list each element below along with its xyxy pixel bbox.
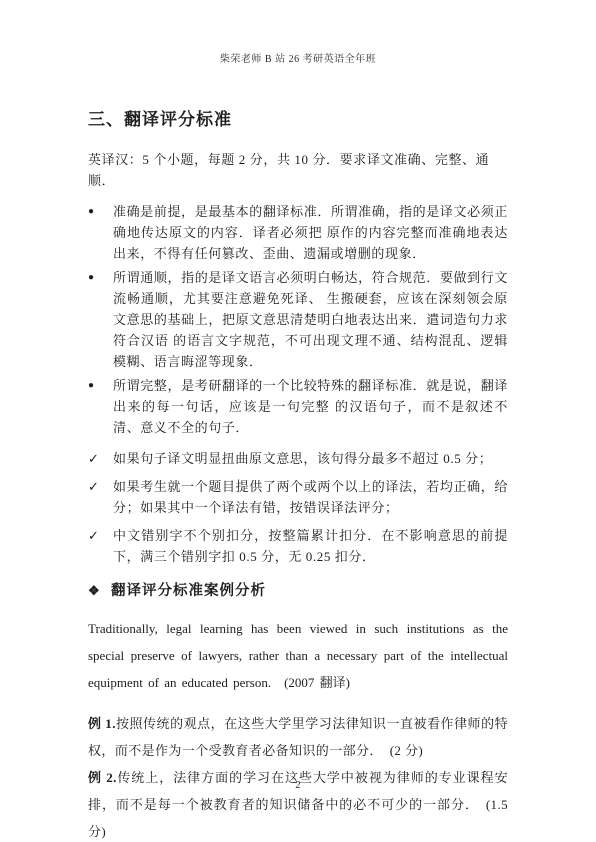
case-analysis-title: 翻译评分标准案例分析 <box>111 581 266 601</box>
example-text: 按照传统的观点，在这些大学里学习法律知识一直被看作律师的特权，而不是作为一个受教… <box>88 716 508 758</box>
example-label: 例 1. <box>88 716 116 731</box>
bullet-icon: ● <box>88 267 113 288</box>
bullet-list: ● 准确是前提，是最基本的翻译标准．所谓准确，指的是译文必须正确地传达原文的内容… <box>88 201 508 438</box>
page-content: 三、翻译评分标准 英译汉：5 个小题，每题 2 分，共 10 分．要求译文准确、… <box>88 109 508 842</box>
checkmark-icon: ✓ <box>88 448 113 469</box>
intro-paragraph: 英译汉：5 个小题，每题 2 分，共 10 分．要求译文准确、完整、通顺． <box>88 149 508 191</box>
check-text: 如果句子译文明显扭曲原文意思，该句得分最多不超过 0.5 分； <box>113 448 508 469</box>
bullet-text: 所谓通顺，指的是译文语言必须明白畅达，符合规范．要做到行文流畅通顺，尤其要注意避… <box>113 267 508 372</box>
list-item: ✓ 如果考生就一个题目提供了两个或两个以上的译法，若均正确，给分；如果其中一个译… <box>88 476 508 518</box>
list-item: ● 所谓完整，是考研翻译的一个比较特殊的翻译标准．就是说，翻译出来的每一句话，应… <box>88 375 508 438</box>
bullet-icon: ● <box>88 375 113 396</box>
list-item: ● 准确是前提，是最基本的翻译标准．所谓准确，指的是译文必须正确地传达原文的内容… <box>88 201 508 264</box>
check-text: 如果考生就一个题目提供了两个或两个以上的译法，若均正确，给分；如果其中一个译法有… <box>113 476 508 518</box>
bullet-text: 准确是前提，是最基本的翻译标准．所谓准确，指的是译文必须正确地传达原文的内容．译… <box>113 201 508 264</box>
bullet-text: 所谓完整，是考研翻译的一个比较特殊的翻译标准．就是说，翻译出来的每一句话，应该是… <box>113 375 508 438</box>
section-title: 三、翻译评分标准 <box>88 109 508 131</box>
example-item: 例 2.传统上，法律方面的学习在这些大学中被视为律师的专业课程安排，而不是每一个… <box>88 764 508 842</box>
list-item: ✓ 中文错别字不个别扣分，按整篇累计扣分．在不影响意思的前提下，满三个错别字扣 … <box>88 525 508 567</box>
checkmark-icon: ✓ <box>88 525 113 546</box>
list-item: ● 所谓通顺，指的是译文语言必须明白畅达，符合规范．要做到行文流畅通顺，尤其要注… <box>88 267 508 372</box>
page-header: 柴荣老师 B 站 26 考研英语全年班 <box>0 0 596 65</box>
list-item: ✓ 如果句子译文明显扭曲原文意思，该句得分最多不超过 0.5 分； <box>88 448 508 469</box>
example-list: 例 1.按照传统的观点，在这些大学里学习法律知识一直被看作律师的特权，而不是作为… <box>88 710 508 842</box>
diamond-icon: ❖ <box>88 581 111 601</box>
english-passage: Traditionally, legal learning has been v… <box>88 615 508 696</box>
checkmark-icon: ✓ <box>88 476 113 497</box>
check-text: 中文错别字不个别扣分，按整篇累计扣分．在不影响意思的前提下，满三个错别字扣 0.… <box>113 525 508 567</box>
check-list: ✓ 如果句子译文明显扭曲原文意思，该句得分最多不超过 0.5 分； ✓ 如果考生… <box>88 448 508 567</box>
example-item: 例 1.按照传统的观点，在这些大学里学习法律知识一直被看作律师的特权，而不是作为… <box>88 710 508 764</box>
bullet-icon: ● <box>88 201 113 222</box>
page-number: 2 <box>0 779 596 791</box>
document-page: 柴荣老师 B 站 26 考研英语全年班 三、翻译评分标准 英译汉：5 个小题，每… <box>0 0 596 842</box>
case-analysis-heading: ❖ 翻译评分标准案例分析 <box>88 581 508 601</box>
